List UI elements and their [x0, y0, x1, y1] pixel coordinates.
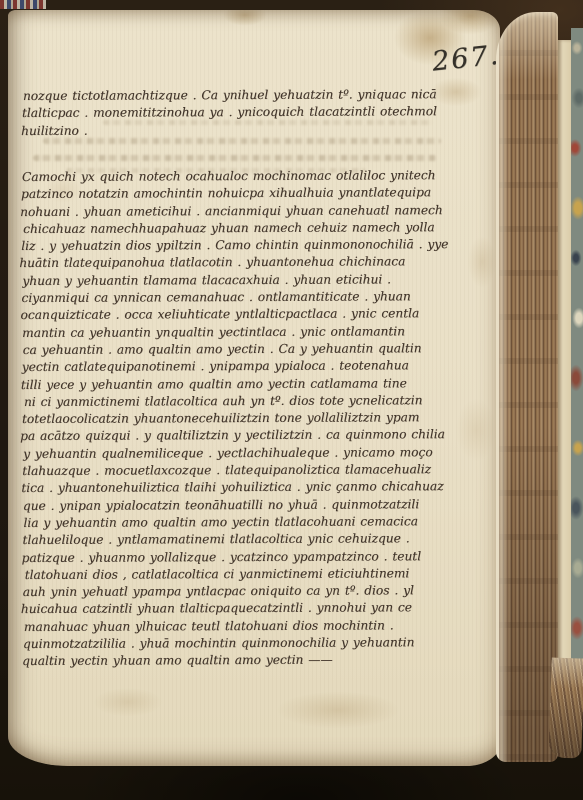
manuscript-line: ca yehuantin . amo qualtin amo yectin . …: [23, 340, 474, 359]
marbled-board-edge: [571, 28, 583, 670]
manuscript-line: huicahua catzintli yhuan tlalticpaquecat…: [21, 599, 475, 618]
manuscript-line: totetlaocolicatzin yhuantonecehuiliztzin…: [22, 409, 474, 428]
manuscript-line: liz . y yehuatzin dios ypiltzin . Camo c…: [21, 236, 473, 255]
manuscript-line: huātin tlatequipanohua tlatlacotin . yhu…: [19, 253, 473, 272]
paragraph-2: Camochi yx quich notech ocahualoc mochin…: [21, 167, 475, 671]
manuscript-line: lia y yehuantin amo qualtin amo yectin t…: [23, 513, 474, 532]
book-photograph: 267. nozque tictotlamachtizque . Ca ynih…: [0, 0, 583, 800]
manuscript-line: qualtin yectin yhuan amo qualtin amo yec…: [22, 651, 475, 670]
manuscript-line: tilli yece y yehuantin amo qualtin amo y…: [21, 375, 474, 394]
manuscript-line: patzinco notatzin amochintin nohuicpa xi…: [21, 184, 473, 203]
manuscript-line: huilitzino .: [21, 121, 474, 140]
page-number: 267.: [431, 39, 504, 77]
manuscript-line: tlahueliloque . yntlamamatinemi tlatlaco…: [22, 530, 474, 549]
manuscript-line: nohuani . yhuan ameticihui . ancianmiqui…: [20, 202, 473, 221]
manuscript-line: tica . yhuantonehuiliztica tlaihi yohuil…: [21, 478, 474, 497]
bottom-page-stack: [548, 657, 583, 758]
manuscript-line: y yehuantin qualnemiliceque . yectlachih…: [23, 444, 474, 463]
endband-decoration: [0, 0, 46, 9]
book-foreedge-pages: [496, 12, 558, 762]
manuscript-line: Camochi yx quich notech ocahualoc mochin…: [22, 167, 473, 186]
manuscript-line: yectin catlatequipanotinemi . ynipampa y…: [22, 357, 474, 376]
paragraph-1: nozque tictotlamachtizque . Ca ynihuel y…: [22, 86, 474, 140]
manuscript-line: patizque . yhuanmo yollalizque . ycatzin…: [22, 548, 475, 567]
manuscript-line: ocanquizticate . occa xeliuhticate yntla…: [21, 305, 474, 324]
manuscript-line: manahuac yhuan ylhuicac teutl tlatohuani…: [24, 617, 475, 636]
ink-bleedthrough: [33, 155, 437, 161]
manuscript-line: que . ynipan ypialocatzin teonāhuatilli …: [23, 496, 475, 515]
manuscript-line: pa acātzo quizqui . y qualtiliztzin y ye…: [20, 426, 474, 445]
manuscript-line: mantin ca yehuantin ynqualtin yectintlac…: [22, 323, 474, 342]
manuscript-line: tlalticpac . monemititzinohua ya . ynico…: [22, 103, 474, 122]
manuscript-line: ni ci yanmictinemi tlatlacoltica auh yn …: [24, 392, 474, 411]
manuscript-line: auh ynin yehuatl ypampa yntlacpac oniqui…: [23, 582, 475, 601]
manuscript-page: 267. nozque tictotlamachtizque . Ca ynih…: [8, 10, 500, 766]
page-edge-strip: [558, 40, 572, 668]
manuscript-line: ciyanmiqui ca ynnican cemanahuac . ontla…: [21, 288, 473, 307]
manuscript-line: quinmotzatzililia . yhuā mochintin quinm…: [23, 634, 475, 653]
manuscript-line: yhuan y yehuantin tlamama tlacacaxhuia .…: [22, 271, 473, 290]
manuscript-line: chicahuaz namechhuapahuaz yhuan namech c…: [23, 219, 473, 238]
manuscript-line: tlahuazque . mocuetlaxcozque . tlatequip…: [22, 461, 474, 480]
manuscript-line: nozque tictotlamachtizque . Ca ynihuel y…: [23, 86, 474, 105]
manuscript-line: tlatohuani dios , catlatlacoltica ci yan…: [25, 565, 475, 584]
